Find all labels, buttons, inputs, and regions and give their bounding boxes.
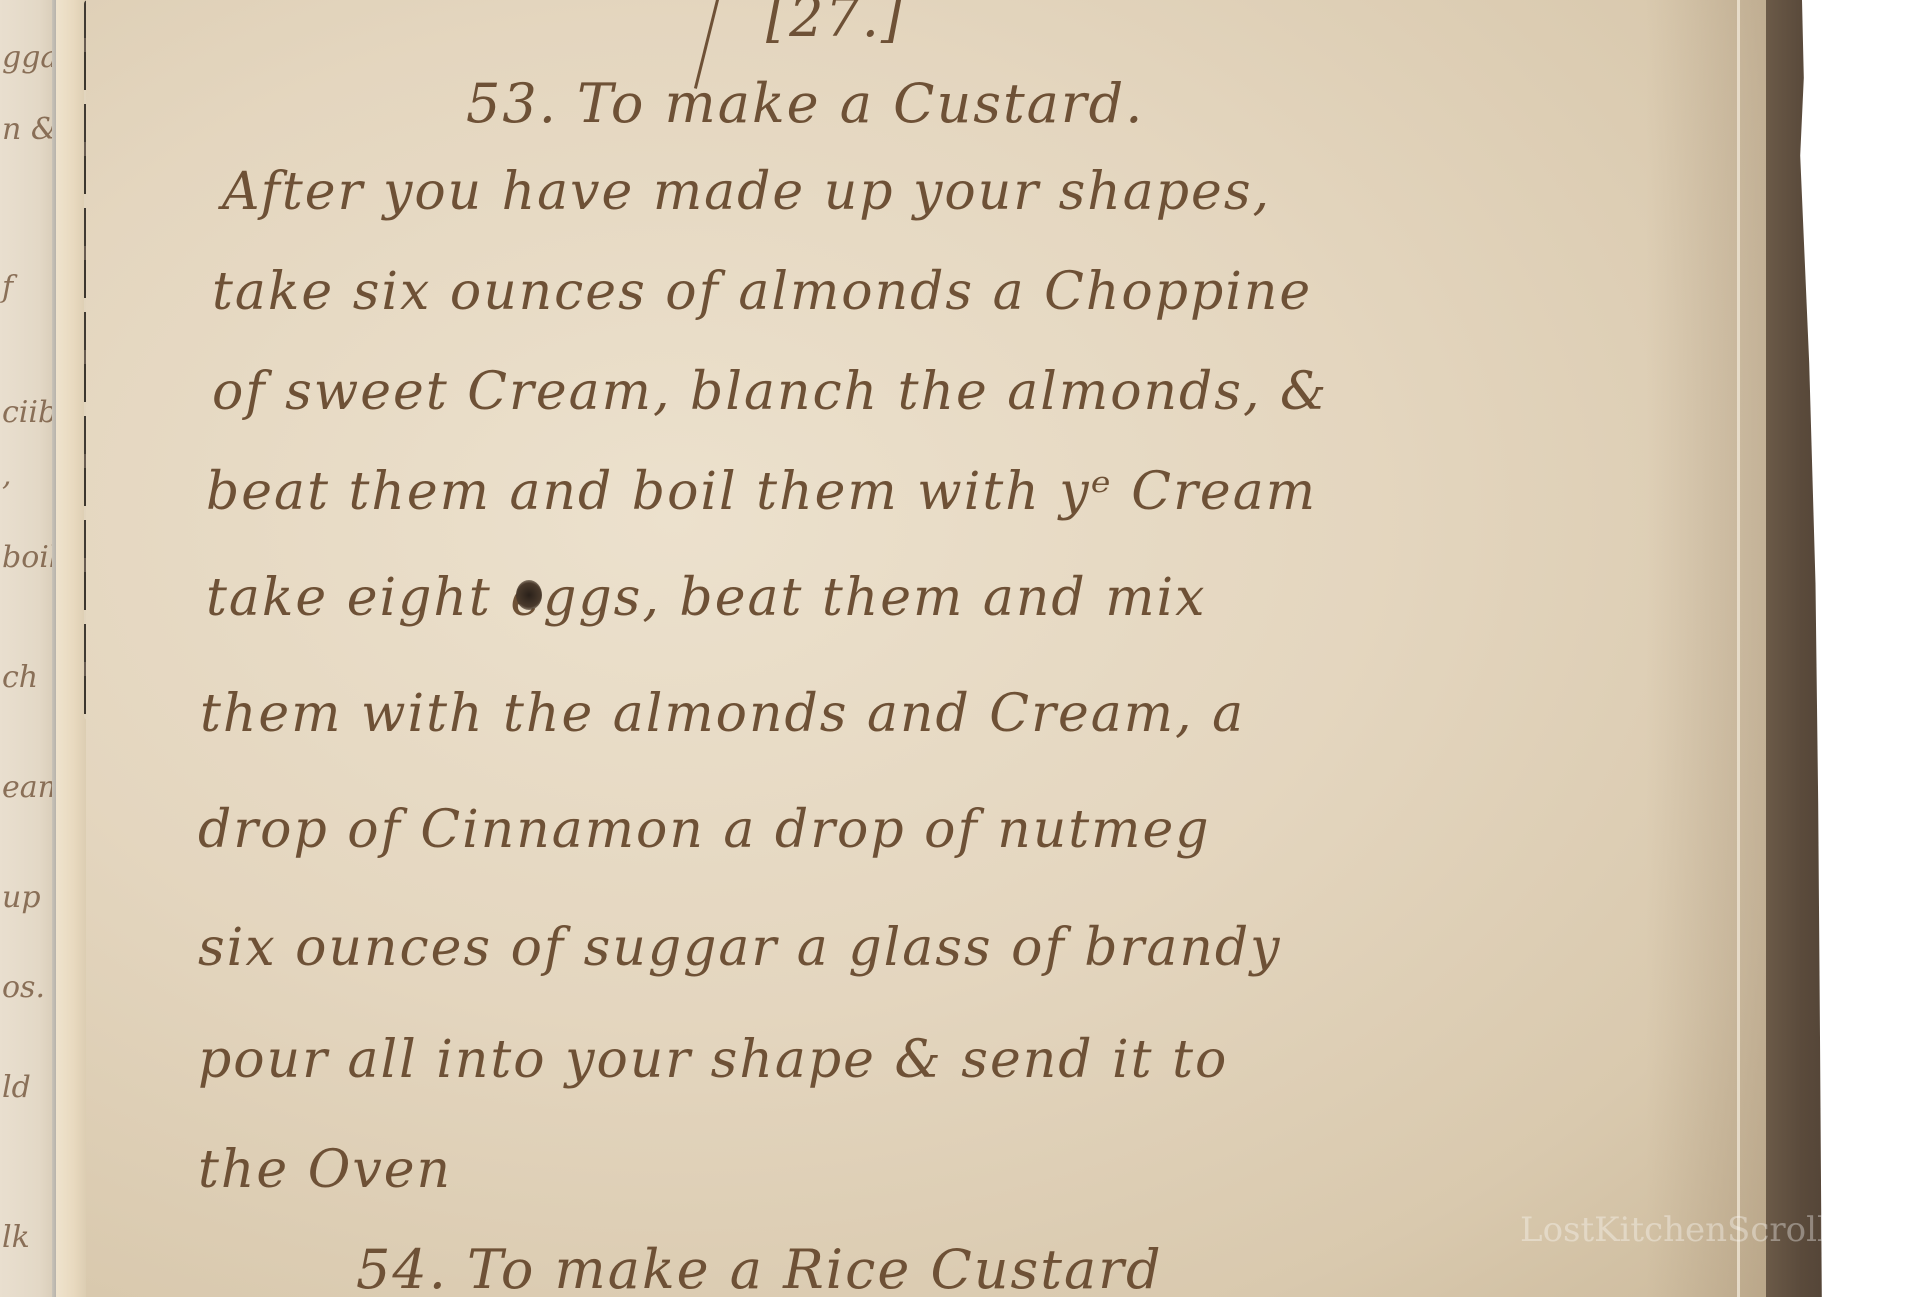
page-edge-highlight: [1737, 0, 1740, 1297]
ink-blot: [516, 580, 542, 610]
recipe-line: take eight eggs, beat them and mix: [206, 568, 1206, 628]
book-gutter: [56, 0, 86, 1297]
recipe-line: After you have made up your shapes,: [222, 162, 1271, 222]
manuscript-page: [27.] 53. To make a Custard. After you h…: [86, 0, 1766, 1297]
left-page-fragment: ciib: [2, 395, 56, 430]
recipe-line: the Oven: [198, 1140, 452, 1200]
left-facing-page: ggal n & f ciib , boil ch eam up os. ld …: [0, 0, 56, 1297]
recipe-line: of sweet Cream, blanch the almonds, &: [212, 362, 1328, 422]
left-page-fragment: ggal: [2, 40, 56, 75]
left-page-fragment: lk: [2, 1220, 30, 1255]
left-page-fragment: boil: [2, 540, 56, 575]
recipe-line: pour all into your shape & send it to: [198, 1030, 1228, 1090]
left-page-fragment: n &: [2, 112, 56, 147]
left-page-fragment: up: [2, 880, 41, 915]
left-page-fragment: eam: [2, 770, 56, 805]
watermark: LostKitchenScrolls: [1520, 1210, 1845, 1250]
left-page-fragment: ld: [2, 1070, 31, 1105]
recipe-line: six ounces of suggar a glass of brandy: [198, 918, 1282, 978]
left-page-fragment: ch: [2, 660, 38, 695]
left-page-fragment: ,: [2, 458, 12, 493]
recipe-line: them with the almonds and Cream, a: [200, 684, 1245, 744]
recipe-54-title: 54. To make a Rice Custard: [356, 1238, 1163, 1297]
recipe-53-title: 53. To make a Custard.: [466, 72, 1144, 135]
recipe-line: take six ounces of almonds a Choppine: [212, 262, 1312, 322]
recipe-line: beat them and boil them with yᵉ Cream: [206, 462, 1317, 522]
left-page-fragment: os.: [2, 970, 45, 1005]
page-edge-shading: [1646, 0, 1766, 1297]
leather-cover-edge: [1766, 0, 1856, 1297]
recipe-line: drop of Cinnamon a drop of nutmeg: [198, 800, 1211, 860]
page-number: [27.]: [766, 0, 904, 49]
left-page-fragment: f: [2, 270, 13, 305]
